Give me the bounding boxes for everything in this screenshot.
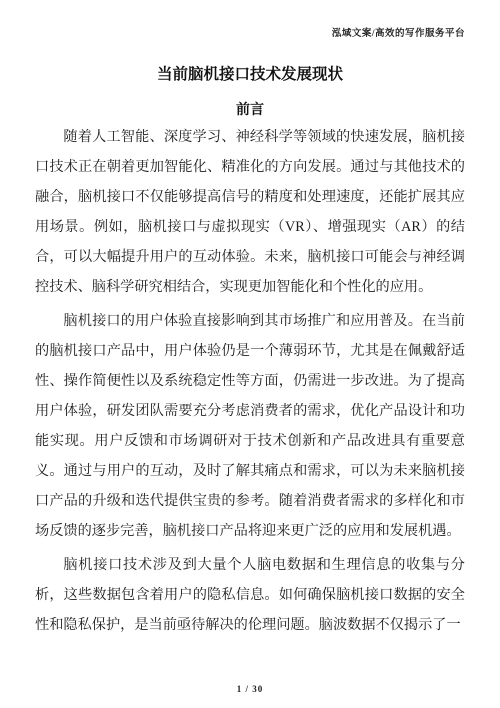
body-paragraph: 脑机接口技术涉及到大量个人脑电数据和生理信息的收集与分析，这些数据包含着用户的隐… <box>35 550 465 640</box>
page-header-brand: 泓域文案/高效的写作服务平台 <box>35 25 465 39</box>
section-heading: 前言 <box>0 99 500 119</box>
page-number: 1 / 30 <box>0 684 500 694</box>
document-title: 当前脑机接口技术发展现状 <box>0 62 500 84</box>
body-paragraph: 脑机接口的用户体验直接影响到其市场推广和应用普及。在当前的脑机接口产品中，用户体… <box>35 306 465 546</box>
body-paragraph: 随着人工智能、深度学习、神经科学等领域的快速发展，脑机接口技术正在朝着更加智能化… <box>35 122 465 302</box>
document-page: 泓域文案/高效的写作服务平台 当前脑机接口技术发展现状 前言 随着人工智能、深度… <box>0 0 500 708</box>
document-body: 随着人工智能、深度学习、神经科学等领域的快速发展，脑机接口技术正在朝着更加智能化… <box>35 122 465 644</box>
